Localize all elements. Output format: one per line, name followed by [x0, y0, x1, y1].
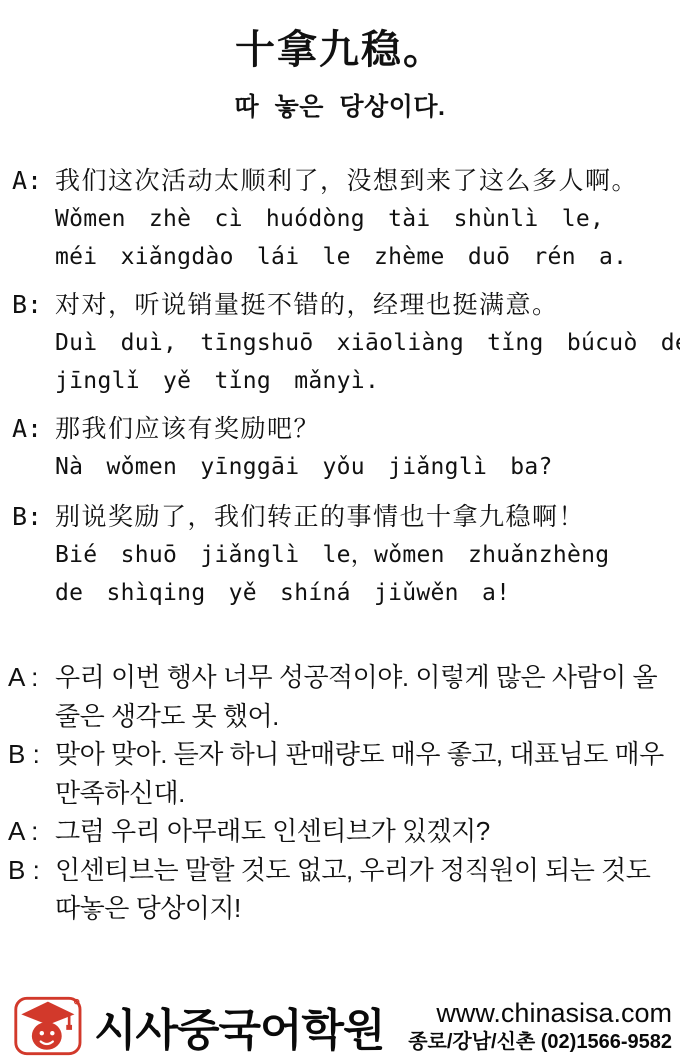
dialogue-chinese-line: 对对，听说销量挺不错的，经理也挺满意。: [55, 286, 680, 324]
dialogue-block: B: 别说奖励了，我们转正的事情也十拿九稳啊！ Bié shuō jiǎnglì…: [12, 498, 674, 612]
branches-phone: 종로/강남/신촌 (02)1566-9582: [408, 1029, 672, 1055]
dialogue-pinyin-line: méi xiǎngdào lái le zhème duō rén a.: [55, 238, 674, 276]
dialogue-pinyin-line: Duì duì, tīngshuō xiāoliàng tǐng búcuò d…: [55, 324, 680, 362]
dialogue-speaker: A:: [12, 162, 55, 276]
dialogue-block: A: 那我们应该有奖励吧？ Nà wǒmen yīnggāi yǒu jiǎng…: [12, 410, 674, 486]
translation-speaker: B :: [8, 735, 55, 812]
academy-name: 시사중국어학원: [94, 994, 385, 1058]
translation-row: B : 맞아 맞아. 듣자 하니 판매량도 매우 좋고, 대표님도 매우 만족하…: [8, 735, 676, 812]
dialogue-pinyin-line: jīnglǐ yě tǐng mǎnyì.: [55, 362, 680, 400]
translation-speaker: A :: [8, 658, 55, 735]
dialogue-speaker: A:: [12, 410, 55, 486]
translation-row: B : 인센티브는 말할 것도 없고, 우리가 정직원이 되는 것도 따놓은 당…: [8, 851, 676, 928]
dialogue-chinese-line: 别说奖励了，我们转正的事情也十拿九稳啊！: [55, 498, 674, 536]
dialogue-speaker: B:: [12, 498, 55, 612]
brand: 시사중국어학원: [12, 994, 385, 1058]
page-subtitle: 따 놓은 당상이다.: [0, 92, 680, 122]
translation-speaker: B :: [8, 851, 55, 928]
translation-line: 줄은 생각도 못 했어.: [55, 697, 676, 736]
translation-row: A : 우리 이번 행사 너무 성공적이야. 이렇게 많은 사람이 올 줄은 생…: [8, 658, 676, 735]
translation-row: A : 그럼 우리 아무래도 인센티브가 있겠지?: [8, 812, 676, 851]
dialogue-speaker: B:: [12, 286, 55, 400]
sisa-graduate-logo-icon: [12, 995, 86, 1057]
footer: 시사중국어학원 www.chinasisa.com 종로/강남/신촌 (02)1…: [12, 994, 672, 1058]
dialogue-block: A: 我们这次活动太顺利了，没想到来了这么多人啊。 Wǒmen zhè cì h…: [12, 162, 674, 276]
translation-line: 인센티브는 말할 것도 없고, 우리가 정직원이 되는 것도: [55, 851, 676, 890]
korean-translation-section: A : 우리 이번 행사 너무 성공적이야. 이렇게 많은 사람이 올 줄은 생…: [0, 658, 680, 928]
dialogue-pinyin-line: Wǒmen zhè cì huódòng tài shùnlì le,: [55, 200, 674, 238]
dialogue-pinyin-line: Nà wǒmen yīnggāi yǒu jiǎnglì ba?: [55, 448, 674, 486]
dialogue-block: B: 对对，听说销量挺不错的，经理也挺满意。 Duì duì, tīngshuō…: [12, 286, 674, 400]
translation-line: 따놓은 당상이지!: [55, 889, 676, 928]
dialogue-pinyin-line: de shìqing yě shíná jiǔwěn a!: [55, 574, 674, 612]
lesson-card: 十拿九稳。 따 놓은 당상이다. A: 我们这次活动太顺利了，没想到来了这么多人…: [0, 0, 680, 1062]
website-url: www.chinasisa.com: [408, 997, 672, 1029]
chinese-dialogue-section: A: 我们这次活动太顺利了，没想到来了这么多人啊。 Wǒmen zhè cì h…: [0, 162, 680, 612]
translation-line: 우리 이번 행사 너무 성공적이야. 이렇게 많은 사람이 올: [55, 658, 676, 697]
translation-line: 맞아 맞아. 듣자 하니 판매량도 매우 좋고, 대표님도 매우: [55, 735, 676, 774]
dialogue-chinese-line: 我们这次活动太顺利了，没想到来了这么多人啊。: [55, 162, 674, 200]
page-title: 十拿九稳。: [0, 0, 680, 74]
translation-line: 그럼 우리 아무래도 인센티브가 있겠지?: [55, 812, 676, 851]
translation-line: 만족하신대.: [55, 774, 676, 813]
translation-speaker: A :: [8, 812, 55, 851]
dialogue-pinyin-line: Bié shuō jiǎnglì le，wǒmen zhuǎnzhèng: [55, 536, 674, 574]
dialogue-chinese-line: 那我们应该有奖励吧？: [55, 410, 674, 448]
footer-contact: www.chinasisa.com 종로/강남/신촌 (02)1566-9582: [408, 997, 672, 1055]
